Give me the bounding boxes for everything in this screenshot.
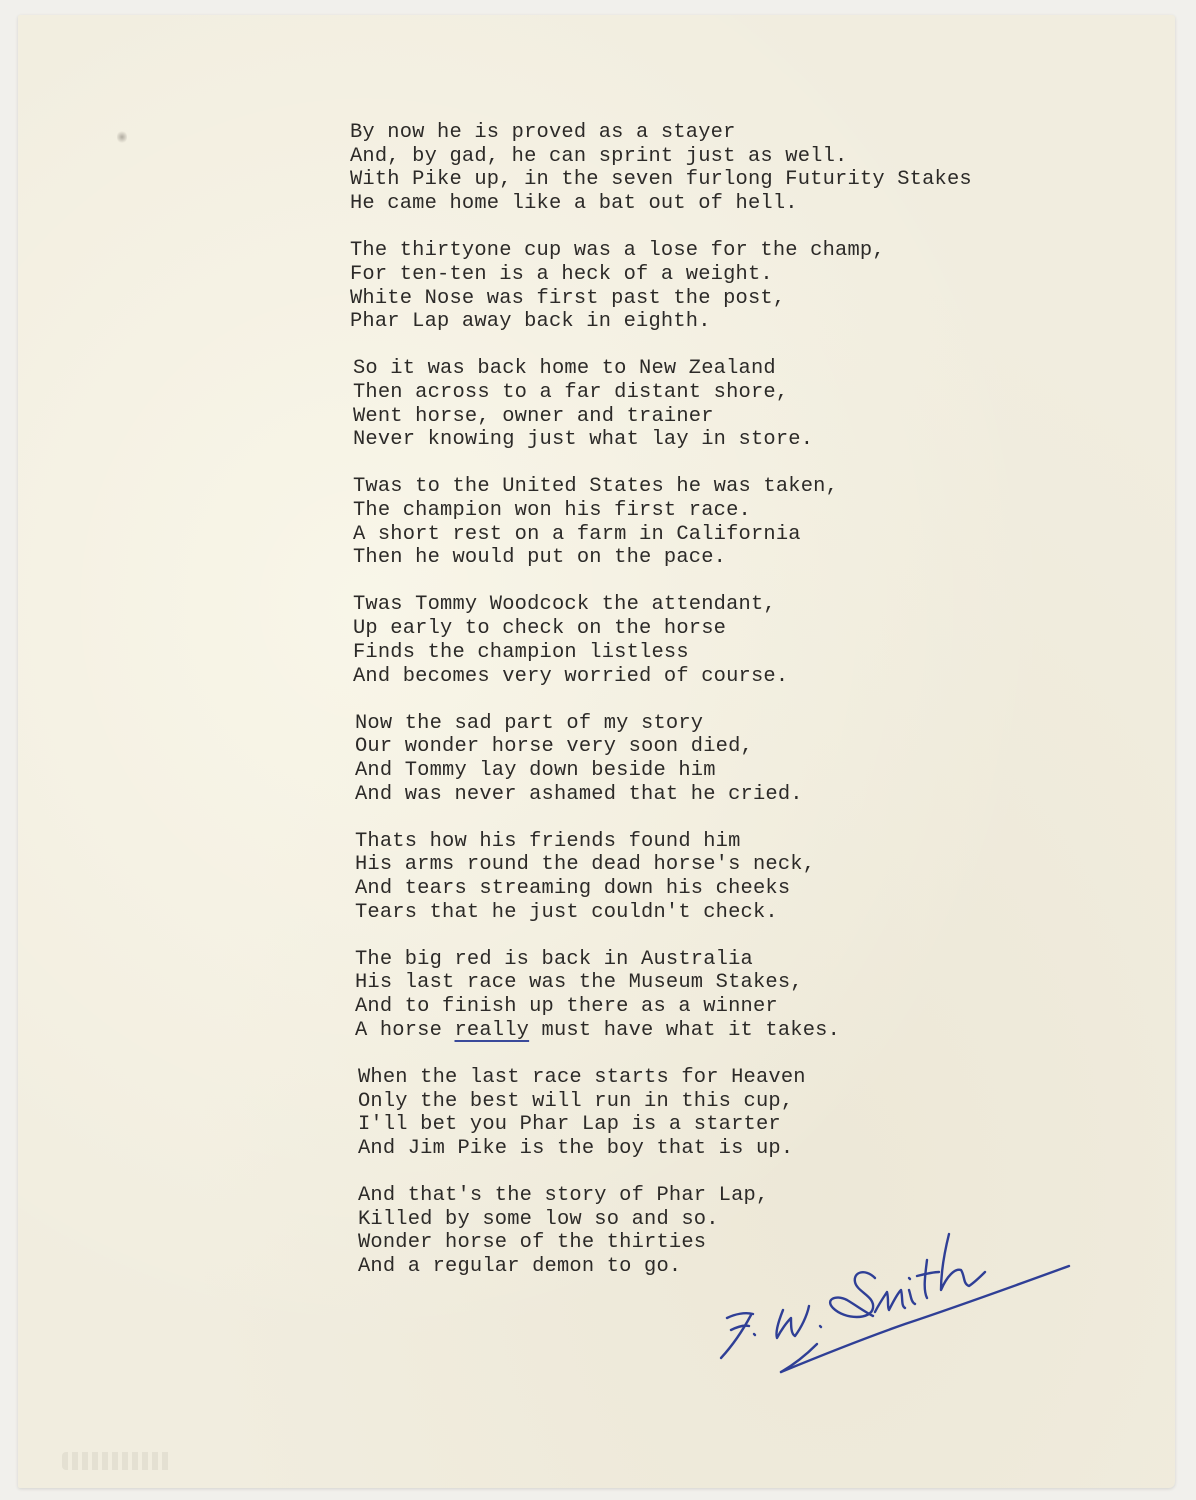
poem-line: Finds the champion listless	[353, 641, 1110, 665]
poem-line: And, by gad, he can sprint just as well.	[350, 145, 1110, 169]
poem-body: By now he is proved as a stayer And, by …	[350, 121, 1110, 1302]
poem-line-with-underline: A horse really must have what it takes.	[355, 1019, 1110, 1043]
handwritten-underline-word: really	[455, 1019, 530, 1042]
poem-line: He came home like a bat out of hell.	[350, 192, 1110, 216]
poem-line: Never knowing just what lay in store.	[353, 428, 1110, 452]
poem-line: Now the sad part of my story	[355, 712, 1110, 736]
ink-smudge	[117, 130, 127, 144]
poem-line: With Pike up, in the seven furlong Futur…	[350, 168, 1110, 192]
signature-icon: F. W. Smith	[705, 1220, 1085, 1380]
poem-line: And was never ashamed that he cried.	[355, 783, 1110, 807]
poem-line: A short rest on a farm in California	[353, 523, 1110, 547]
poem-line: His arms round the dead horse's neck,	[355, 853, 1110, 877]
stanza-4: Twas to the United States he was taken, …	[350, 475, 1110, 570]
stanza-5: Twas Tommy Woodcock the attendant, Up ea…	[350, 593, 1110, 688]
faint-pencil-mark	[62, 1452, 172, 1470]
poem-line: Then he would put on the pace.	[353, 546, 1110, 570]
poem-line: When the last race starts for Heaven	[358, 1066, 1110, 1090]
poem-line: Phar Lap away back in eighth.	[350, 310, 1110, 334]
poem-line: Thats how his friends found him	[355, 830, 1110, 854]
poem-line: And becomes very worried of course.	[353, 665, 1110, 689]
poem-line: Twas to the United States he was taken,	[353, 475, 1110, 499]
poem-line: Only the best will run in this cup,	[358, 1090, 1110, 1114]
poem-line: And tears streaming down his cheeks	[355, 877, 1110, 901]
poem-line: For ten-ten is a heck of a weight.	[350, 263, 1110, 287]
poem-line: So it was back home to New Zealand	[353, 357, 1110, 381]
poem-line: Went horse, owner and trainer	[353, 405, 1110, 429]
poem-line: Up early to check on the horse	[353, 617, 1110, 641]
poem-line: And to finish up there as a winner	[355, 995, 1110, 1019]
poem-line: White Nose was first past the post,	[350, 287, 1110, 311]
poem-line: Twas Tommy Woodcock the attendant,	[353, 593, 1110, 617]
stanza-3: So it was back home to New Zealand Then …	[350, 357, 1110, 452]
poem-line: And Tommy lay down beside him	[355, 759, 1110, 783]
poem-line: And that's the story of Phar Lap,	[358, 1184, 1110, 1208]
poem-line: By now he is proved as a stayer	[350, 121, 1110, 145]
poem-line: Tears that he just couldn't check.	[355, 901, 1110, 925]
stanza-6: Now the sad part of my story Our wonder …	[350, 712, 1110, 807]
poem-line: Then across to a far distant shore,	[353, 381, 1110, 405]
line-text-after: must have what it takes.	[529, 1019, 840, 1042]
poem-line: Our wonder horse very soon died,	[355, 735, 1110, 759]
stanza-7: Thats how his friends found him His arms…	[350, 830, 1110, 925]
poem-line: I'll bet you Phar Lap is a starter	[358, 1113, 1110, 1137]
poem-line: The thirtyone cup was a lose for the cha…	[350, 239, 1110, 263]
poem-line: His last race was the Museum Stakes,	[355, 971, 1110, 995]
signature: F. W. Smith	[705, 1220, 1085, 1380]
stanza-1: By now he is proved as a stayer And, by …	[350, 121, 1110, 216]
stanza-2: The thirtyone cup was a lose for the cha…	[350, 239, 1110, 334]
poem-line: The champion won his first race.	[353, 499, 1110, 523]
poem-line: The big red is back in Australia	[355, 948, 1110, 972]
stanza-8: The big red is back in Australia His las…	[350, 948, 1110, 1043]
poem-line: And Jim Pike is the boy that is up.	[358, 1137, 1110, 1161]
line-text-before: A horse	[355, 1019, 455, 1042]
stanza-9: When the last race starts for Heaven Onl…	[350, 1066, 1110, 1161]
